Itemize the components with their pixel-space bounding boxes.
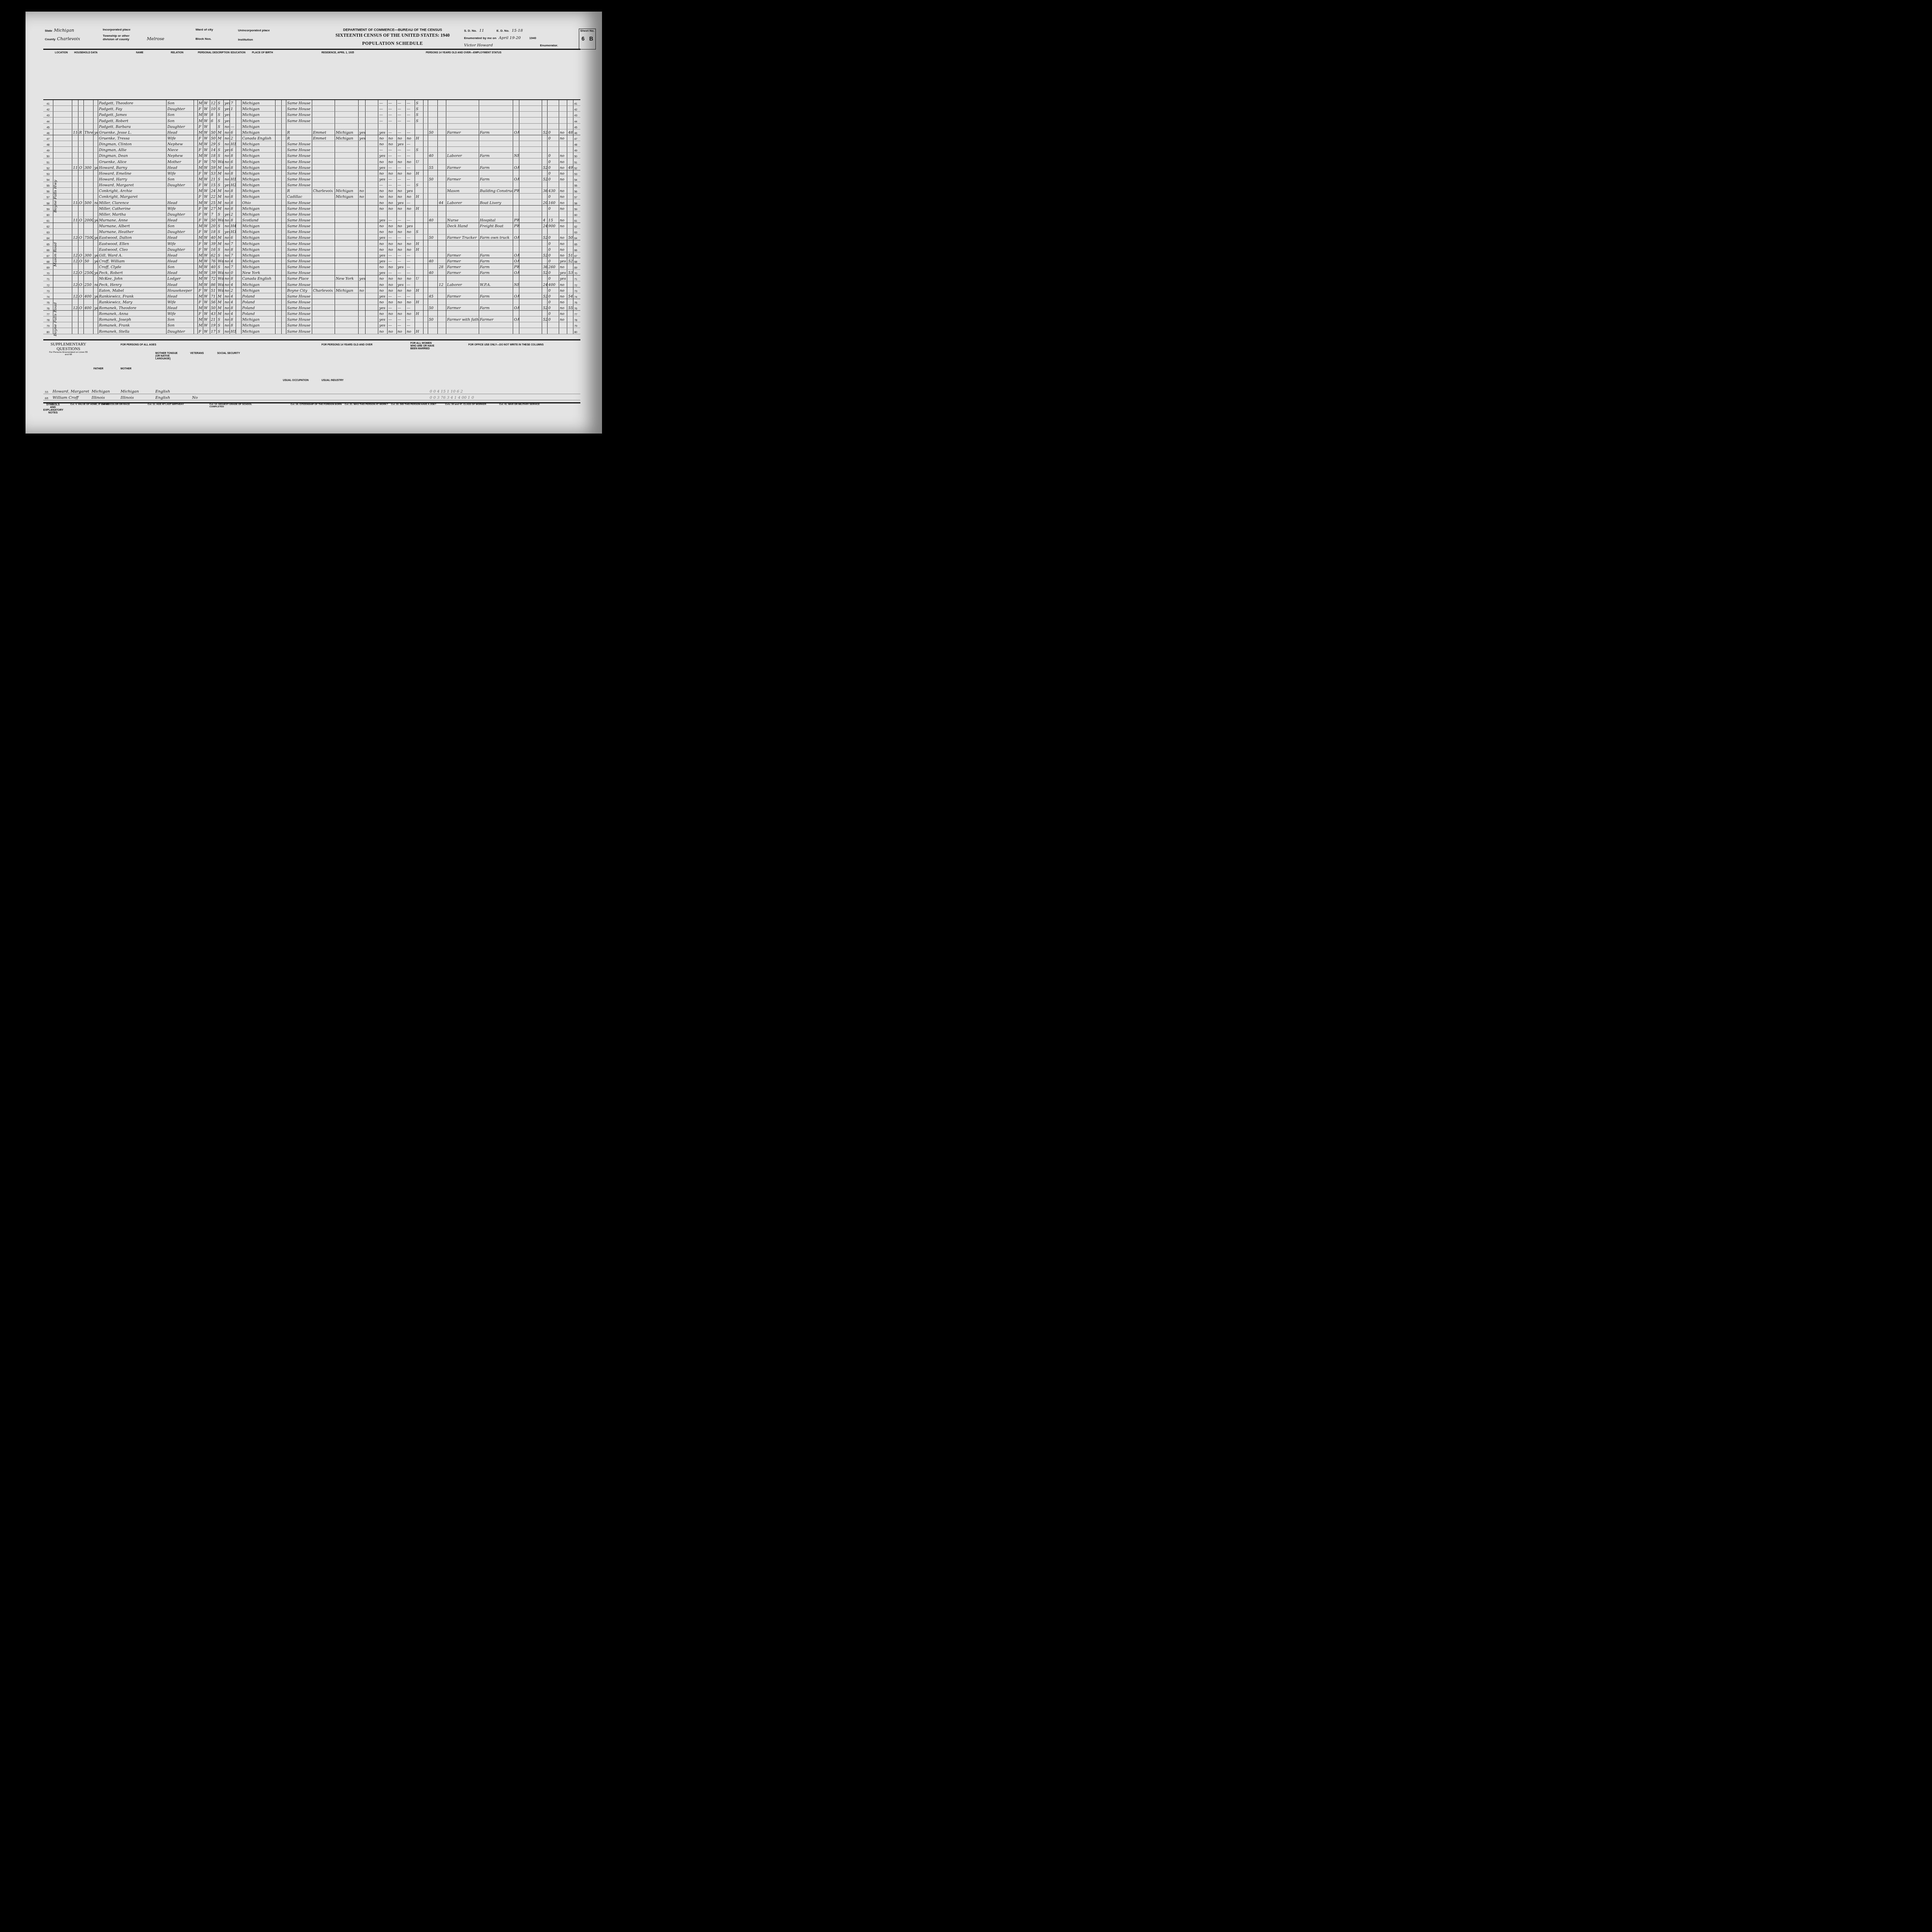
- cell-hours: 40: [428, 153, 438, 158]
- cell-code: [194, 240, 198, 246]
- cell-e24: yes: [406, 223, 415, 228]
- cell-dwelling: [72, 188, 78, 193]
- cell-marital: Wd: [217, 276, 224, 281]
- cell-code: [194, 158, 198, 164]
- table-row: 45Padgett, BarbaraDaughterFWSno—Michigan…: [43, 124, 580, 129]
- cell-marital: S: [217, 100, 224, 105]
- cell-own: O: [78, 293, 84, 299]
- cell-sex: M: [198, 112, 203, 117]
- cell-ecode: [423, 124, 428, 129]
- cell-industry: Farm: [479, 264, 514, 269]
- cell-state-1935: [335, 240, 359, 246]
- cell-other-income: yes: [559, 270, 568, 275]
- cell-occupation: [446, 135, 479, 141]
- cell-state-1935: [335, 299, 359, 304]
- note-col10: Col. 10. COLOR OR RACE: [101, 403, 155, 406]
- cell-e21: no: [378, 276, 388, 281]
- cell-cit: [282, 135, 286, 141]
- cell-value: [84, 170, 94, 176]
- cell-gcode: [236, 311, 241, 316]
- cell-birthplace: Michigan: [241, 124, 276, 129]
- cell-sex: M: [198, 293, 203, 299]
- cell-line: 72: [573, 281, 580, 287]
- cell-industry: [479, 141, 514, 146]
- cell-class: NP: [513, 281, 519, 287]
- cell-class: [513, 147, 519, 152]
- cell-e25: S: [415, 147, 423, 152]
- cell-sex: F: [198, 229, 203, 234]
- cell-line: 62: [43, 223, 53, 228]
- cell-grade: 8: [230, 188, 236, 193]
- cell-e22: [388, 211, 397, 217]
- cell-loc: [53, 281, 72, 287]
- cell-residence-1935: Same House: [286, 247, 312, 252]
- cell-own: [78, 124, 84, 129]
- cell-school: no: [224, 170, 230, 176]
- cell-grade: 6: [230, 147, 236, 152]
- cell-occupation: [446, 240, 479, 246]
- cell-line: 44: [43, 117, 53, 123]
- cell-weeks: 52: [542, 252, 548, 258]
- cell-school: yes: [224, 100, 230, 105]
- cell-own: [78, 188, 84, 193]
- cell-rcode: [366, 311, 379, 316]
- cell-occupation: [446, 106, 479, 111]
- cell-e24: —: [406, 165, 415, 170]
- supp-usual-occupation-label: USUAL OCCUPATION: [283, 379, 309, 382]
- cell-name: Howard, Emeline: [98, 170, 167, 176]
- cell-hours: 50: [428, 316, 438, 322]
- cell-value: 300: [84, 165, 94, 170]
- cell-ocode: [519, 270, 542, 275]
- cell-farm-1935: [359, 240, 366, 246]
- cell-bcode: [276, 211, 282, 217]
- cell-grade: 6: [230, 158, 236, 164]
- cell-line: 78: [43, 316, 53, 322]
- cell-gcode: [236, 240, 241, 246]
- cell-code: [194, 194, 198, 199]
- cell-ecode: [423, 112, 428, 117]
- cell-gcode: [236, 129, 241, 135]
- cell-e24: no: [406, 240, 415, 246]
- cell-e25: [415, 217, 423, 223]
- cell-farm-sched: [567, 229, 573, 234]
- cell-industry: Boat Livery: [479, 199, 514, 205]
- cell-bcode: [276, 194, 282, 199]
- cell-farm-1935: [359, 112, 366, 117]
- cell-dwelling: 126: [72, 305, 78, 310]
- cell-e25: [415, 129, 423, 135]
- cell-farm-1935: yes: [359, 276, 366, 281]
- cell-code: [194, 223, 198, 228]
- cell-gcode: [236, 211, 241, 217]
- cell-class: PW: [513, 188, 519, 193]
- cell-ocode: [519, 322, 542, 328]
- cell-sex: M: [198, 141, 203, 146]
- cell-hours: 40: [428, 270, 438, 275]
- cell-e22: —: [388, 182, 397, 187]
- cell-ecode: [423, 270, 428, 275]
- cell-weeks: [542, 153, 548, 158]
- cell-e25: H: [415, 135, 423, 141]
- cell-own: O: [78, 217, 84, 223]
- cell-gcode: [236, 316, 241, 322]
- cell-bcode: [276, 217, 282, 223]
- cell-grade: 6: [230, 235, 236, 240]
- cell-birthplace: Michigan: [241, 264, 276, 269]
- cell-sex: F: [198, 206, 203, 211]
- cell-other-income: no: [559, 247, 568, 252]
- cell-bcode: [276, 170, 282, 176]
- table-row: 55Howard, MargaretDaughterFW15SyesH2Mich…: [43, 182, 580, 188]
- cell-ecode: [423, 305, 428, 310]
- cell-relation: Son: [167, 223, 194, 228]
- cell-weeks-unemp: [438, 158, 446, 164]
- cell-e25: [415, 124, 423, 129]
- cell-state-1935: [335, 223, 359, 228]
- cell-age: 70: [210, 158, 217, 164]
- cell-e22: —: [388, 293, 397, 299]
- cell-ocode: [519, 252, 542, 258]
- cell-cit: [282, 276, 286, 281]
- cell-farm: [94, 170, 98, 176]
- cell-line: 51: [573, 158, 580, 164]
- cell-occupation: [446, 147, 479, 152]
- cell-e22: —: [388, 129, 397, 135]
- cell-school: yes: [224, 112, 230, 117]
- cell-county-1935: [312, 276, 335, 281]
- cell-own: [78, 112, 84, 117]
- cell-loc: [53, 287, 72, 293]
- cell-weeks-unemp: [438, 106, 446, 111]
- cell-occupation: [446, 124, 479, 129]
- cell-race: W: [203, 211, 210, 217]
- cell-ecode: [423, 165, 428, 170]
- cell-farm-sched: 49: [567, 165, 573, 170]
- cell-line: 58: [43, 199, 53, 205]
- cell-county-1935: [312, 211, 335, 217]
- cell-age: 22: [210, 194, 217, 199]
- cell-name: Dingman, Clinton: [98, 141, 167, 146]
- cell-code: [194, 147, 198, 152]
- cell-dwelling: [72, 328, 78, 333]
- cell-line: 61: [43, 217, 53, 223]
- cell-residence-1935: Same House: [286, 199, 312, 205]
- cell-farm-sched: 54: [567, 293, 573, 299]
- cell-birthplace: Michigan: [241, 170, 276, 176]
- cell-residence-1935: Same Place: [286, 276, 312, 281]
- cell-name: Gruenke, Jesse L.: [98, 129, 167, 135]
- cell-school: no: [224, 206, 230, 211]
- cell-farm-1935: [359, 206, 366, 211]
- cell-grade: 4: [230, 299, 236, 304]
- cell-own: [78, 316, 84, 322]
- cell-gcode: [236, 235, 241, 240]
- cell-line: 74: [573, 293, 580, 299]
- cell-farm-1935: yes: [359, 129, 366, 135]
- cell-e22: no: [388, 281, 397, 287]
- cell-county-1935: Emmet: [312, 129, 335, 135]
- cell-county-1935: [312, 112, 335, 117]
- cell-own: [78, 311, 84, 316]
- table-row: 58118O500noMiller, ClarenceHeadMW25Mno8O…: [43, 199, 580, 205]
- incorporated-place-field: Incorporated place: [103, 28, 131, 31]
- cell-own: [78, 328, 84, 333]
- township-field: Township or other division of county: [103, 34, 138, 41]
- cell-e23: —: [397, 153, 406, 158]
- cell-sex: M: [198, 305, 203, 310]
- title-block: DEPARTMENT OF COMMERCE—BUREAU OF THE CEN…: [327, 28, 458, 46]
- cell-bcode: [276, 165, 282, 170]
- cell-farm-sched: [567, 281, 573, 287]
- cell-county-1935: [312, 106, 335, 111]
- cell-state-1935: [335, 147, 359, 152]
- cell-e22: —: [388, 153, 397, 158]
- cell-occupation: [446, 247, 479, 252]
- cell-cit: [282, 311, 286, 316]
- cell-e24: —: [406, 281, 415, 287]
- cell-sex: M: [198, 322, 203, 328]
- cell-value: [84, 264, 94, 269]
- cell-code: [194, 165, 198, 170]
- cell-farm-1935: no: [359, 194, 366, 199]
- cell-value: [84, 182, 94, 187]
- cell-income: [548, 106, 559, 111]
- cell-residence-1935: R: [286, 135, 312, 141]
- cell-county-1935: [312, 258, 335, 264]
- cell-age: 25: [210, 199, 217, 205]
- cell-ecode: [423, 170, 428, 176]
- cell-county-1935: [312, 147, 335, 152]
- cell-dwelling: [72, 106, 78, 111]
- cell-line: 47: [43, 135, 53, 141]
- cell-grade: 4: [230, 293, 236, 299]
- cell-farm: yes: [94, 270, 98, 275]
- cell-income: 0: [548, 293, 559, 299]
- cell-rcode: [366, 316, 379, 322]
- cell-race: W: [203, 223, 210, 228]
- cell-weeks-unemp: [438, 194, 446, 199]
- cell-farm-1935: no: [359, 188, 366, 193]
- cell-farm: [94, 141, 98, 146]
- cell-dwelling: [72, 223, 78, 228]
- cell-school: yes: [224, 147, 230, 152]
- cell-farm-1935: [359, 264, 366, 269]
- cell-code: [194, 117, 198, 123]
- cell-age: 50: [210, 135, 217, 141]
- cell-e21: yes: [378, 258, 388, 264]
- cell-e21: no: [378, 158, 388, 164]
- cell-cit: [282, 240, 286, 246]
- cell-line: 51: [43, 158, 53, 164]
- cell-own: [78, 247, 84, 252]
- cell-income: 900: [548, 223, 559, 228]
- cell-grade: 4: [230, 311, 236, 316]
- cell-hours: 50: [428, 235, 438, 240]
- cell-cit: [282, 170, 286, 176]
- cell-income: 0: [548, 240, 559, 246]
- cell-ocode: [519, 293, 542, 299]
- cell-income: [548, 328, 559, 333]
- cell-race: W: [203, 270, 210, 275]
- enumerator-name: Victor Howard: [464, 43, 493, 48]
- cell-county-1935: [312, 165, 335, 170]
- cell-e25: H: [415, 287, 423, 293]
- cell-weeks-unemp: [438, 165, 446, 170]
- supp-mother-label: MOTHER: [121, 367, 131, 370]
- cell-farm: [94, 247, 98, 252]
- cell-e22: no: [388, 188, 397, 193]
- cell-other-income: no: [559, 299, 568, 304]
- cell-county-1935: [312, 322, 335, 328]
- cell-birthplace: Michigan: [241, 194, 276, 199]
- cell-bcode: [276, 281, 282, 287]
- cell-school: yes: [224, 229, 230, 234]
- cell-cit: [282, 258, 286, 264]
- cell-grade: —: [230, 124, 236, 129]
- cell-grade: 7: [230, 252, 236, 258]
- block-field: Block Nos.: [196, 37, 211, 41]
- cell-sex: F: [198, 106, 203, 111]
- cell-farm-1935: [359, 305, 366, 310]
- cell-value: [84, 124, 94, 129]
- cell-rcode: [366, 293, 379, 299]
- cell-e24: no: [406, 170, 415, 176]
- cell-cit: [282, 217, 286, 223]
- col-group-education: EDUCATION: [231, 51, 245, 54]
- cell-line: 44: [573, 117, 580, 123]
- cell-ecode: [423, 182, 428, 187]
- table-row: 44Padgett, RobertSonMW6SyesMichiganSame …: [43, 117, 580, 123]
- cell-weeks: [542, 100, 548, 105]
- street-note-lower: Boyne Falls Road: [53, 303, 58, 336]
- cell-state-1935: New York: [335, 276, 359, 281]
- cell-income: [548, 211, 559, 217]
- cell-e25: [415, 293, 423, 299]
- cell-weeks: [542, 147, 548, 152]
- cell-e21: no: [378, 229, 388, 234]
- cell-farm-sched: [567, 182, 573, 187]
- table-row: 52117O300yesHoward, BarnyHeadMW59Mno8Mic…: [43, 165, 580, 170]
- cell-e22: no: [388, 194, 397, 199]
- cell-e23: —: [397, 117, 406, 123]
- cell-gcode: [236, 217, 241, 223]
- cell-income: [548, 100, 559, 105]
- cell-state-1935: Michigan: [335, 188, 359, 193]
- cell-code: [194, 281, 198, 287]
- cell-county-1935: [312, 252, 335, 258]
- cell-e21: no: [378, 287, 388, 293]
- cell-farm-1935: [359, 229, 366, 234]
- cell-own: R: [78, 129, 84, 135]
- cell-state-1935: Michigan: [335, 135, 359, 141]
- cell-race: W: [203, 112, 210, 117]
- cell-marital: S: [217, 316, 224, 322]
- col-group-personal: PERSONAL DESCRIPTION: [198, 51, 230, 54]
- cell-school: no: [224, 276, 230, 281]
- cell-e24: no: [406, 311, 415, 316]
- cell-dwelling: [72, 100, 78, 105]
- cell-farm-1935: [359, 322, 366, 328]
- cell-age: 50: [210, 129, 217, 135]
- cell-rcode: [366, 281, 379, 287]
- cell-value: 50: [84, 258, 94, 264]
- col-group-birth: PLACE OF BIRTH: [252, 51, 273, 54]
- cell-birthplace: Michigan: [241, 100, 276, 105]
- cell-other-income: no: [559, 264, 568, 269]
- cell-e22: —: [388, 112, 397, 117]
- cell-class: [513, 199, 519, 205]
- cell-class: [513, 124, 519, 129]
- cell-line: 41: [43, 100, 53, 105]
- cell-school: no: [224, 194, 230, 199]
- cell-e22: no: [388, 287, 397, 293]
- cell-occupation: [446, 158, 479, 164]
- cell-birthplace: Canada English: [241, 276, 276, 281]
- cell-bcode: [276, 240, 282, 246]
- table-row: 60Miller, MarthaDaughterFW7Syes2Michigan…: [43, 211, 580, 217]
- cell-class: OA: [513, 176, 519, 182]
- cell-bcode: [276, 158, 282, 164]
- cell-rcode: [366, 252, 379, 258]
- cell-grade: 8: [230, 305, 236, 310]
- cell-occupation: Farmer: [446, 293, 479, 299]
- cell-cit: [282, 264, 286, 269]
- cell-farm-sched: [567, 147, 573, 152]
- cell-e24: —: [406, 176, 415, 182]
- cell-industry: [479, 100, 514, 105]
- cell-relation: Mother: [167, 158, 194, 164]
- cell-class: [513, 135, 519, 141]
- cell-age: [210, 124, 217, 129]
- cell-marital: M: [217, 165, 224, 170]
- cell-farm: [94, 299, 98, 304]
- cell-line: 68: [573, 258, 580, 264]
- enumerator-line: Victor Howard Enumerator.: [464, 43, 558, 48]
- cell-income: 260: [548, 264, 559, 269]
- cell-race: W: [203, 229, 210, 234]
- cell-line: 57: [43, 194, 53, 199]
- cell-own: [78, 240, 84, 246]
- cell-county-1935: [312, 124, 335, 129]
- cell-grade: H1: [230, 176, 236, 182]
- cell-state-1935: [335, 124, 359, 129]
- cell-weeks: [542, 170, 548, 176]
- cell-residence-1935: Same House: [286, 264, 312, 269]
- cell-residence-1935: Same House: [286, 281, 312, 287]
- cell-weeks-unemp: [438, 135, 446, 141]
- cell-ocode: [519, 328, 542, 333]
- cell-e22: no: [388, 299, 397, 304]
- cell-name: Eastwood, Dalton: [98, 235, 167, 240]
- table-row: 79Romanek, FrankSonMW19Sno8MichiganSame …: [43, 322, 580, 328]
- cell-line: 76: [43, 305, 53, 310]
- cell-grade: 8: [230, 153, 236, 158]
- cell-state-1935: [335, 322, 359, 328]
- cell-e24: —: [406, 117, 415, 123]
- cell-own: [78, 194, 84, 199]
- cell-relation: Housekeeper: [167, 287, 194, 293]
- cell-weeks: [542, 299, 548, 304]
- township-value-field: Melrose: [145, 36, 164, 41]
- cell-sex: F: [198, 194, 203, 199]
- cell-relation: Son: [167, 176, 194, 182]
- cell-farm-sched: [567, 276, 573, 281]
- cell-e24: —: [406, 270, 415, 275]
- table-row: 62Murnane, AlbertSonMW20SnoH4MichiganSam…: [43, 223, 580, 229]
- cell-grade: H2: [230, 182, 236, 187]
- cell-cit: [282, 176, 286, 182]
